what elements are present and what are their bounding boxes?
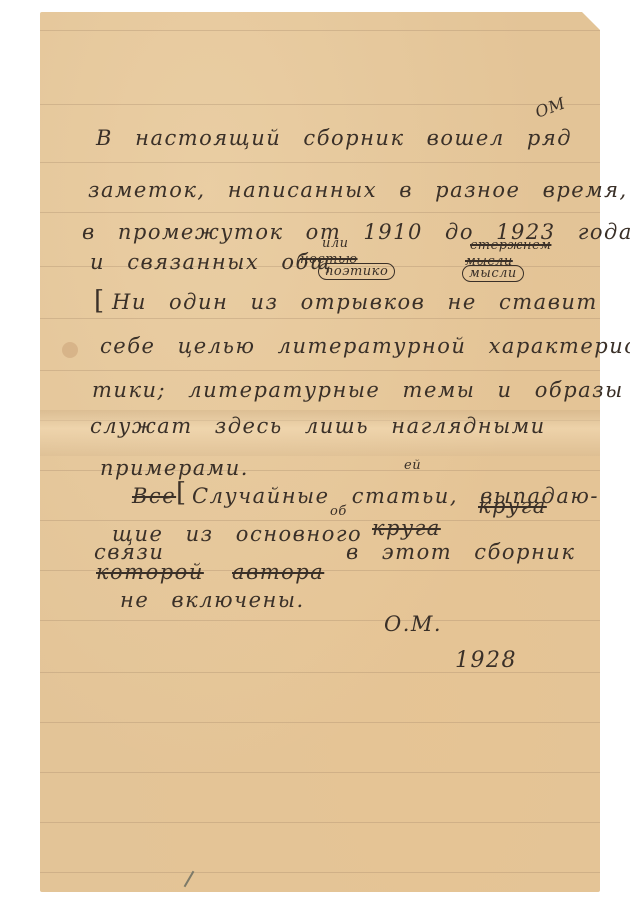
ruled-line (40, 620, 600, 621)
ruled-line (40, 520, 600, 521)
struck-word-6: автора (232, 560, 324, 584)
struck-prefix: Все (132, 484, 176, 508)
signature: О.М. (384, 612, 442, 636)
ruled-line (40, 30, 600, 31)
ruled-line (40, 104, 600, 105)
text-line-13: в этот сборник (346, 540, 575, 564)
text-line-5: Ни один из отрывков не ставит (112, 290, 598, 314)
ruled-line (40, 370, 600, 371)
circled-word-2: мысли (462, 266, 524, 281)
year-correction: стержнем (470, 238, 551, 253)
bracket-mark-2: [ (176, 478, 188, 508)
struck-word-5: которой (96, 560, 204, 584)
ruled-line (40, 822, 600, 823)
ruled-line (40, 162, 600, 163)
text-line-8: служат здесь лишь наглядными (90, 414, 546, 438)
text-line-7: тики; литературные темы и образы (92, 378, 624, 402)
ruled-line (40, 722, 600, 723)
text-line-4: и связанных общ (90, 250, 332, 274)
ruled-line (40, 772, 600, 773)
text-line-14: не включены. (120, 588, 305, 612)
ruled-line (40, 872, 600, 873)
insertion-above-2: ей (404, 458, 421, 473)
struck-word-4: круга (478, 494, 547, 518)
text-line-2: заметок, написанных в разное время, (88, 178, 628, 202)
struck-word-3: круга (372, 516, 441, 540)
text-line-9: примерами. (100, 456, 249, 480)
pencil-mark (184, 871, 195, 888)
insertion-above-3: об (330, 504, 347, 519)
ruled-line (40, 318, 600, 319)
circled-word-1: поэтико (318, 264, 395, 279)
paper-stain (62, 342, 78, 358)
date: 1928 (455, 648, 517, 673)
insertion-above-1: или (322, 236, 349, 251)
text-line-1: В настоящий сборник вошел ряд (96, 126, 572, 150)
ruled-line (40, 212, 600, 213)
text-line-6: себе целью литературной характерис- (100, 334, 630, 358)
bracket-mark: [ (94, 286, 106, 316)
